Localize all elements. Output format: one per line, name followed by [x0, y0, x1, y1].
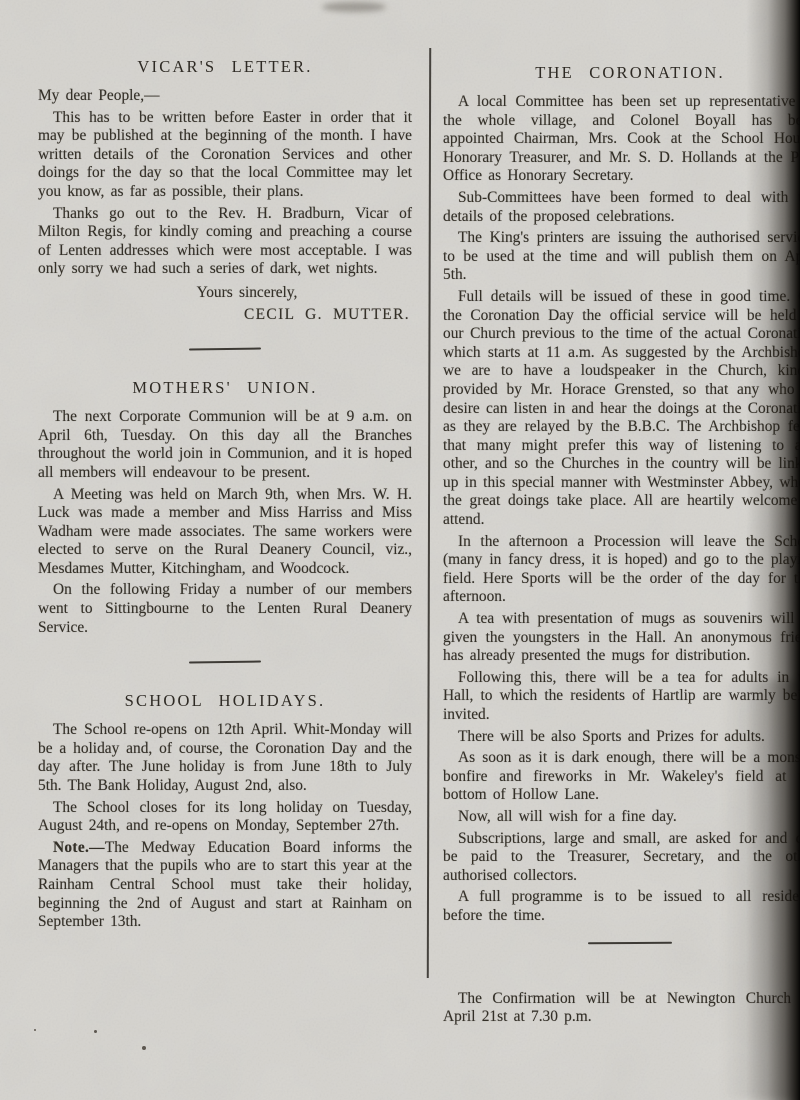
paragraph: Following this, there will be a tea for …: [443, 669, 800, 725]
ink-speck: [34, 1029, 36, 1031]
paragraph: A tea with presentation of mugs as souve…: [443, 610, 800, 666]
paragraph: The King's printers are issuing the auth…: [443, 229, 800, 285]
paragraph: A local Committee has been set up repres…: [443, 93, 800, 186]
paragraph: Now, all will wish for a fine day.: [443, 808, 800, 827]
ink-speck: [142, 1046, 146, 1050]
school-holidays-heading: SCHOOL HOLIDAYS.: [38, 691, 412, 711]
coronation-section: THE CORONATION. A local Committee has be…: [443, 63, 800, 926]
section-divider: [189, 348, 261, 351]
salutation: My dear People,—: [38, 87, 412, 106]
paragraph: The School re-opens on 12th April. Whit-…: [38, 721, 412, 795]
section-divider: [588, 941, 672, 944]
ink-speck: [94, 1030, 97, 1033]
paragraph: On the following Friday a number of our …: [38, 581, 412, 637]
mothers-union-section: MOTHERS' UNION. The next Corporate Commu…: [38, 378, 412, 637]
section-divider: [189, 661, 261, 664]
paragraph: A Meeting was held on March 9th, when Mr…: [38, 486, 412, 579]
paragraph: This has to be written before Easter in …: [38, 109, 412, 202]
paragraph: In the afternoon a Procession will leave…: [443, 533, 800, 607]
coronation-heading: THE CORONATION.: [443, 63, 800, 83]
school-holidays-section: SCHOOL HOLIDAYS. The School re-opens on …: [38, 691, 412, 932]
right-column: THE CORONATION. A local Committee has be…: [443, 0, 800, 1030]
vicars-letter-heading: VICAR'S LETTER.: [38, 57, 412, 77]
paragraph: Full details will be issued of these in …: [443, 288, 800, 530]
vicar-signature: CECIL G. MUTTER.: [38, 306, 412, 325]
note-paragraph: Note.—The Medway Education Board informs…: [38, 839, 412, 932]
paragraph: There will be also Sports and Prizes for…: [443, 728, 800, 747]
paragraph: The next Corporate Communion will be at …: [38, 408, 412, 482]
column-divider-line: [427, 48, 431, 978]
paragraph: A full programme is to be issued to all …: [443, 888, 800, 925]
letter-closing: Yours sincerely,: [38, 284, 412, 303]
mothers-union-heading: MOTHERS' UNION.: [38, 378, 412, 398]
confirmation-notice: The Confirmation will be at Newington Ch…: [443, 990, 800, 1027]
parish-magazine-page: VICAR'S LETTER. My dear People,— This ha…: [0, 0, 800, 1100]
paragraph: Subscriptions, large and small, are aske…: [443, 830, 800, 886]
paragraph: Sub-Committees have been formed to deal …: [443, 189, 800, 226]
paragraph: Thanks go out to the Rev. H. Bradburn, V…: [38, 205, 412, 279]
note-label: Note.—: [53, 839, 105, 856]
paragraph: The School closes for its long holiday o…: [38, 799, 412, 836]
vicars-letter-section: VICAR'S LETTER. My dear People,— This ha…: [38, 57, 412, 324]
paragraph: As soon as it is dark enough, there will…: [443, 749, 800, 805]
left-column: VICAR'S LETTER. My dear People,— This ha…: [38, 0, 412, 935]
